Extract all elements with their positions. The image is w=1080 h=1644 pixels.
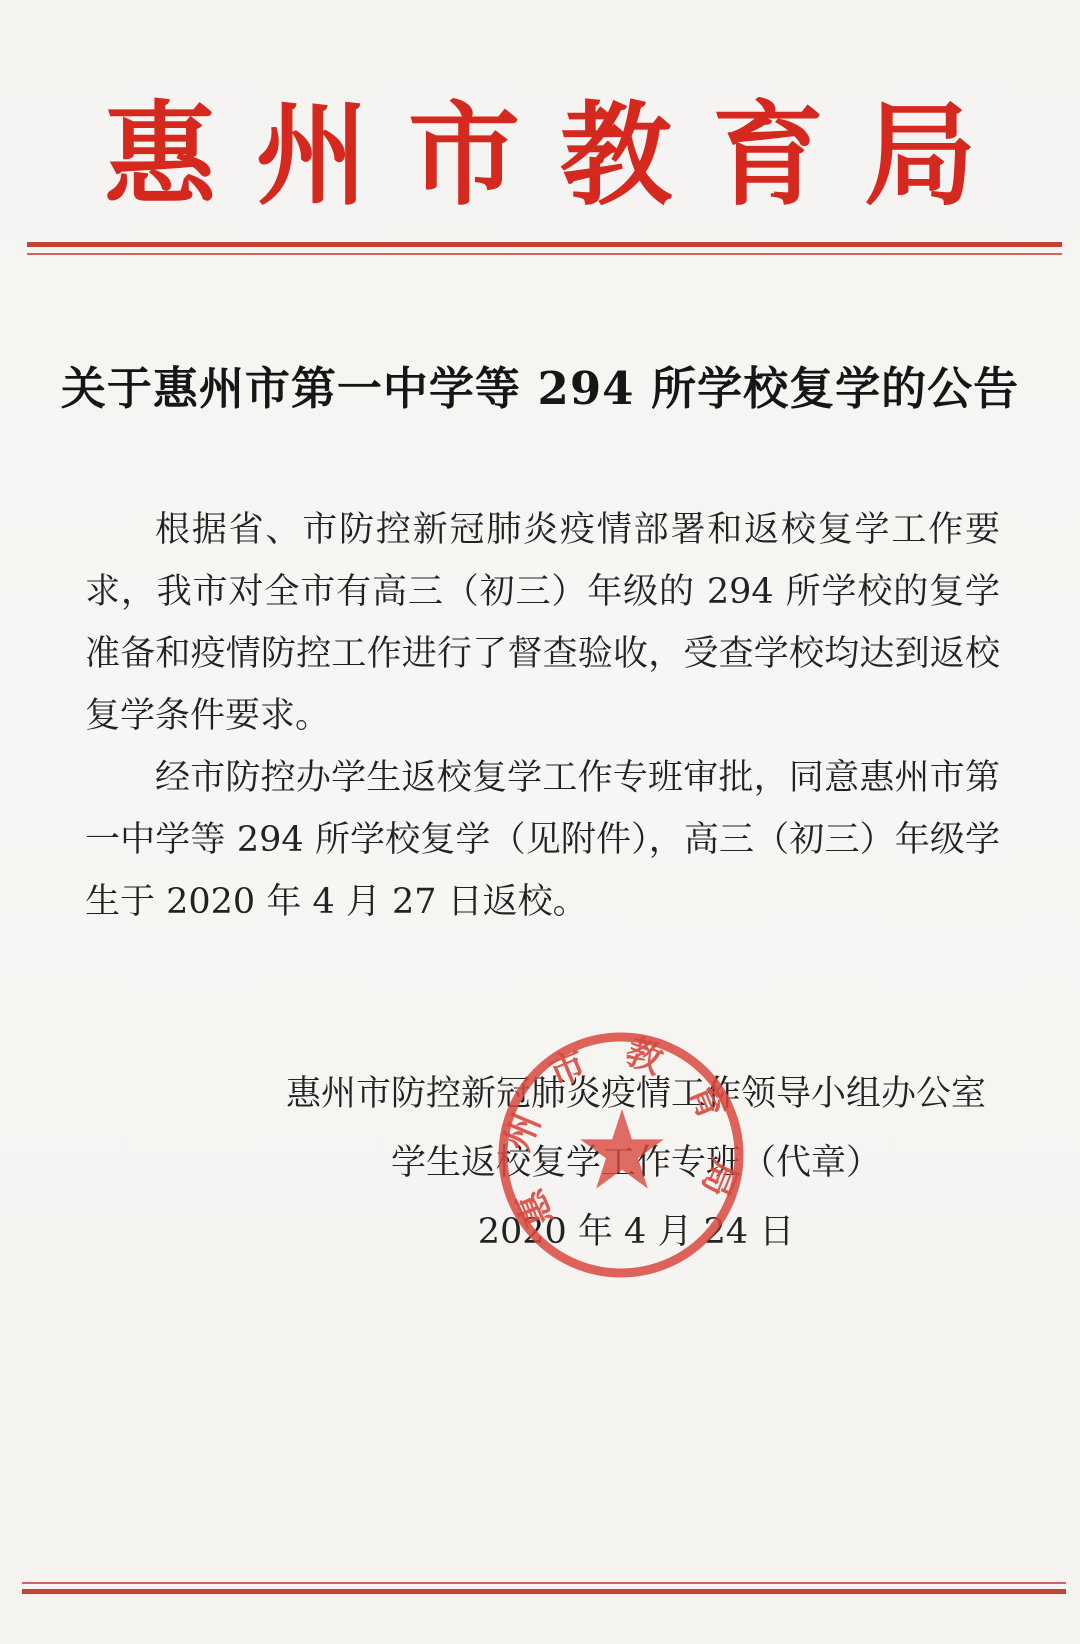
footer-divider-thin-line bbox=[22, 1582, 1066, 1584]
footer-divider-thick-line bbox=[22, 1589, 1066, 1594]
header-divider bbox=[27, 242, 1062, 255]
footer-divider bbox=[22, 1582, 1066, 1594]
body-paragraph-2: 经市防控办学生返校复学工作专班审批，同意惠州市第一中学等 294 所学校复学（见… bbox=[85, 747, 1000, 933]
header-divider-thin-line bbox=[27, 253, 1062, 255]
document-title: 关于惠州市第一中学等 294 所学校复学的公告 bbox=[0, 352, 1080, 417]
signature-block: 惠州市防控新冠肺炎疫情工作领导小组办公室 学生返校复学工作专班（代章） 2020… bbox=[186, 1060, 1080, 1267]
body-paragraph-1: 根据省、市防控新冠肺炎疫情部署和返校复学工作要求，我市对全市有高三（初三）年级的… bbox=[85, 499, 1000, 747]
header-divider-thick-line bbox=[27, 242, 1062, 247]
official-document-page: 惠州市教育局 关于惠州市第一中学等 294 所学校复学的公告 根据省、市防控新冠… bbox=[0, 0, 1080, 1644]
signature-org-line: 惠州市防控新冠肺炎疫情工作领导小组办公室 bbox=[186, 1060, 1080, 1129]
signature-date: 2020 年 4 月 24 日 bbox=[186, 1198, 1080, 1267]
document-body: 根据省、市防控新冠肺炎疫情部署和返校复学工作要求，我市对全市有高三（初三）年级的… bbox=[85, 499, 1000, 933]
letterhead-title: 惠州市教育局 bbox=[0, 82, 1080, 230]
signature-dept-line: 学生返校复学工作专班（代章） bbox=[186, 1129, 1080, 1198]
